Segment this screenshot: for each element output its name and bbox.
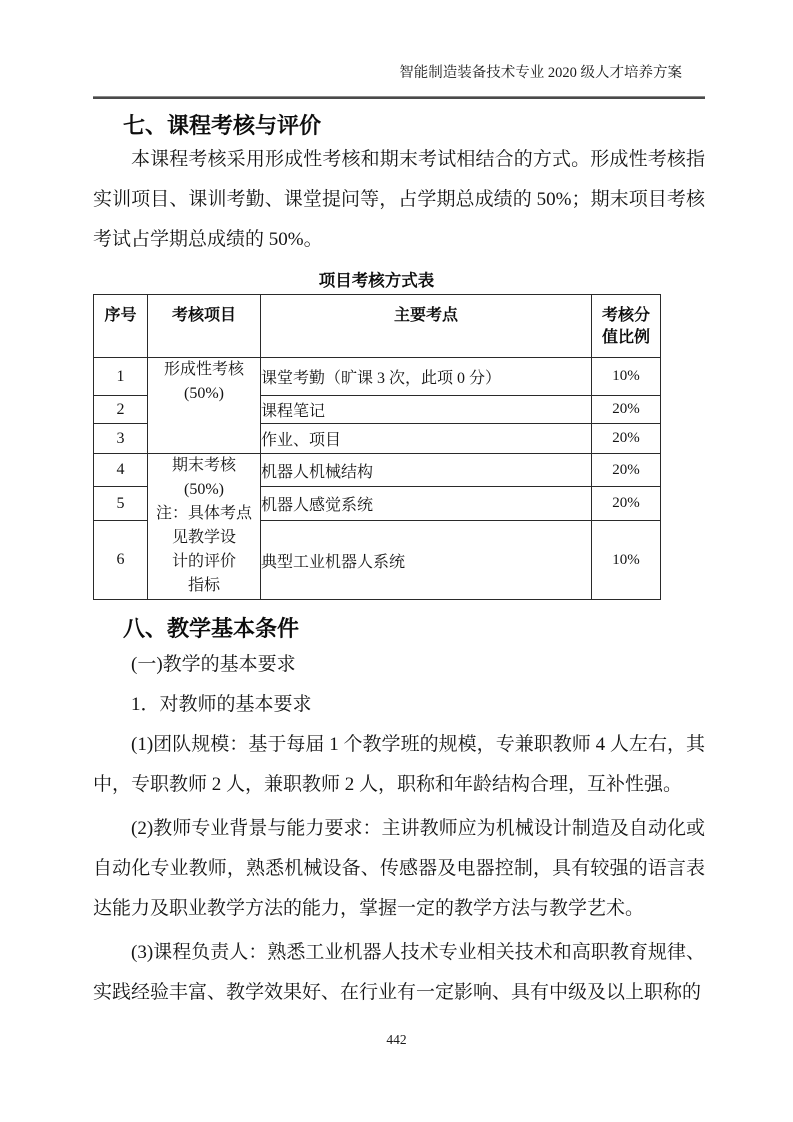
cell-ratio: 20% — [592, 454, 661, 487]
page-number: 442 — [0, 1032, 793, 1048]
cell-point: 机器人感觉系统 — [261, 487, 592, 521]
table-header-row: 序号 考核项目 主要考点 考核分 值比例 — [94, 295, 661, 358]
cell-project-group-final: 期末考核 (50%) 注：具体考点 见教学设 计的评价 指标 — [148, 454, 261, 600]
section-7-intro-paragraph: 本课程考核采用形成性考核和期末考试相结合的方式。形成性考核指实训项目、课训考勤、… — [93, 140, 705, 260]
assessment-table: 序号 考核项目 主要考点 考核分 值比例 1 形成性考核 (50%) 课堂考勤（… — [93, 294, 661, 600]
cell-index: 1 — [94, 358, 148, 396]
subsection-heading: (一)教学的基本要求 — [93, 645, 705, 685]
cell-ratio: 20% — [592, 487, 661, 521]
cell-ratio: 10% — [592, 358, 661, 396]
teacher-background-paragraph: (2)教师专业背景与能力要求：主讲教师应为机械设计制造及自动化或自动化专业教师，… — [93, 809, 705, 929]
col-header-ratio: 考核分 值比例 — [592, 295, 661, 358]
cell-project-group-formative: 形成性考核 (50%) — [148, 358, 261, 454]
cell-point: 机器人机械结构 — [261, 454, 592, 487]
section-7-heading: 七、课程考核与评价 — [123, 112, 705, 140]
teacher-team-paragraph: (1)团队规模：基于每届 1 个教学班的规模，专兼职教师 4 人左右，其中，专职… — [93, 725, 705, 805]
cell-index: 2 — [94, 396, 148, 424]
cell-ratio: 20% — [592, 424, 661, 454]
col-header-points: 主要考点 — [261, 295, 592, 358]
col-header-project: 考核项目 — [148, 295, 261, 358]
table-row: 4 期末考核 (50%) 注：具体考点 见教学设 计的评价 指标 机器人机械结构… — [94, 454, 661, 487]
table-row: 1 形成性考核 (50%) 课堂考勤（旷课 3 次，此项 0 分） 10% — [94, 358, 661, 396]
col-header-index: 序号 — [94, 295, 148, 358]
document-page: 智能制造装备技术专业 2020 级人才培养方案 七、课程考核与评价 本课程考核采… — [0, 0, 793, 1122]
header-rule-divider — [93, 96, 705, 99]
page-content: 智能制造装备技术专业 2020 级人才培养方案 七、课程考核与评价 本课程考核采… — [93, 0, 705, 1013]
cell-index: 3 — [94, 424, 148, 454]
cell-point: 典型工业机器人系统 — [261, 521, 592, 600]
cell-point: 作业、项目 — [261, 424, 592, 454]
cell-point: 课程笔记 — [261, 396, 592, 424]
cell-index: 4 — [94, 454, 148, 487]
assessment-table-title: 项目考核方式表 — [93, 268, 660, 294]
section-8-heading: 八、教学基本条件 — [123, 615, 705, 643]
item-heading: 1．对教师的基本要求 — [93, 685, 705, 725]
cell-point: 课堂考勤（旷课 3 次，此项 0 分） — [261, 358, 592, 396]
cell-ratio: 20% — [592, 396, 661, 424]
course-leader-paragraph: (3)课程负责人：熟悉工业机器人技术专业相关技术和高职教育规律、实践经验丰富、教… — [93, 933, 705, 1013]
cell-index: 6 — [94, 521, 148, 600]
cell-ratio: 10% — [592, 521, 661, 600]
page-header-title: 智能制造装备技术专业 2020 级人才培养方案 — [93, 62, 705, 84]
cell-index: 5 — [94, 487, 148, 521]
